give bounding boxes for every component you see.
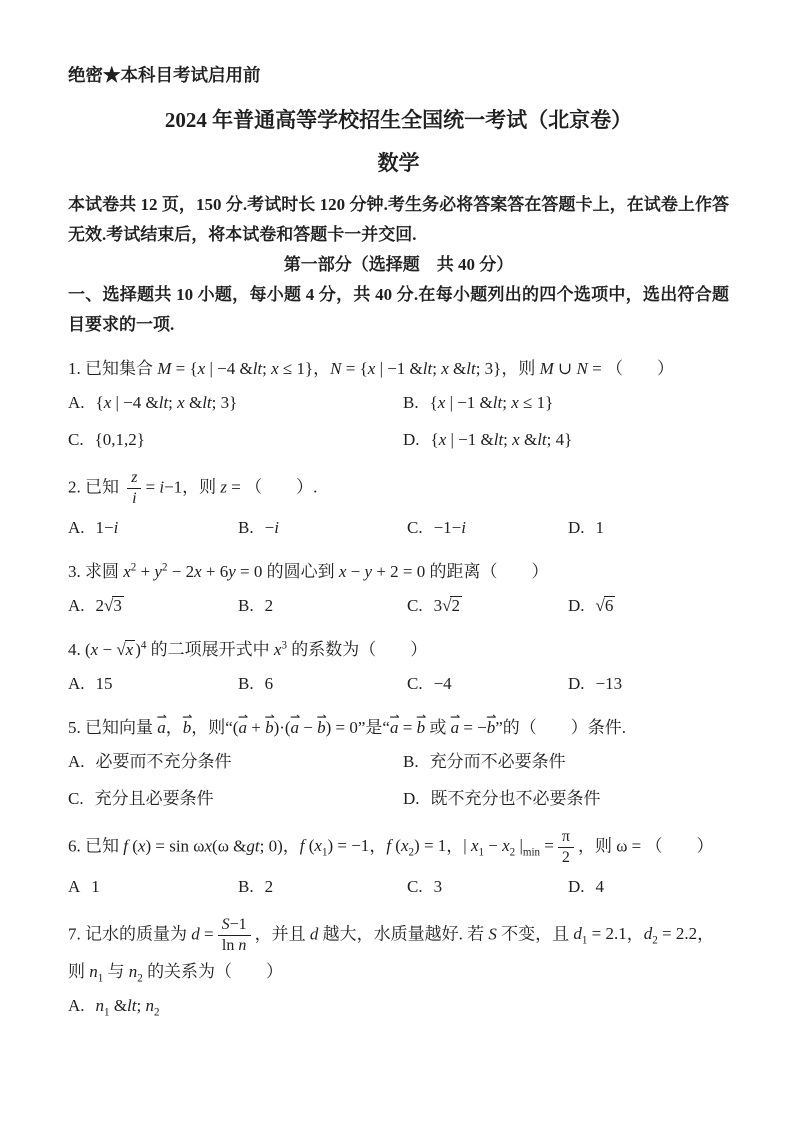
option-content: −i [265, 512, 279, 543]
option-content: 3√2 [434, 590, 462, 621]
option-label: D. [568, 668, 585, 699]
question-1-options: A.{x | −4 &lt; x &lt; 3}B.{x | −1 &lt; x… [68, 387, 729, 455]
option-content: 1 [91, 871, 100, 902]
option-C: C.−1−i [407, 512, 568, 543]
option-content: 必要而不充分条件 [96, 746, 232, 777]
question-2: 2. 已知 zi= i−1，则 z = （ ）. A.1−iB.−iC.−1−i… [68, 468, 729, 543]
option-A: A.15 [68, 668, 238, 699]
option-content: 6 [265, 668, 274, 699]
option-B: B.2 [238, 871, 407, 902]
section-heading: 第一部分（选择题 共 40 分） [68, 250, 729, 280]
option-label: A. [68, 387, 85, 418]
option-label: A. [68, 590, 85, 621]
option-B: B.充分而不必要条件 [403, 746, 729, 777]
question-4-options: A.15B.6C.−4D.−13 [68, 668, 729, 699]
question-6-options: A1B.2C.3D.4 [68, 871, 729, 902]
option-content: √6 [596, 590, 616, 621]
option-content: 2 [265, 871, 274, 902]
exam-title: 2024 年普通高等学校招生全国统一考试（北京卷） [68, 106, 729, 134]
option-C: C.3√2 [407, 590, 568, 621]
section-directions: 一、选择题共 10 小题，每小题 4 分，共 40 分.在每小题列出的四个选项中… [68, 280, 729, 340]
option-content: {x | −4 &lt; x &lt; 3} [96, 387, 238, 418]
option-label: A. [68, 512, 85, 543]
option-C: C.3 [407, 871, 568, 902]
question-3-options: A.2√3B.2C.3√2D.√6 [68, 590, 729, 621]
option-content: 充分而不必要条件 [430, 746, 566, 777]
option-content: 15 [96, 668, 113, 699]
option-label: B. [403, 746, 419, 777]
option-content: n1 &lt; n2 [96, 990, 160, 1021]
question-2-options: A.1−iB.−iC.−1−iD.1 [68, 512, 729, 543]
option-B: B.−i [238, 512, 407, 543]
option-content: {0,1,2} [95, 424, 145, 455]
option-label: C. [407, 668, 423, 699]
option-label: B. [238, 871, 254, 902]
question-4-stem: 4. (x − √x)4 的二项展开式中 x3 的系数为（ ） [68, 634, 729, 665]
option-label: D. [568, 871, 585, 902]
option-A: A.n1 &lt; n2 [68, 990, 729, 1021]
option-label: B. [403, 387, 419, 418]
option-D: D.1 [568, 512, 729, 543]
option-label: C. [407, 590, 423, 621]
option-label: B. [238, 512, 254, 543]
option-content: 既不充分也不必要条件 [431, 783, 601, 814]
option-content: −4 [434, 668, 452, 699]
option-C: C.充分且必要条件 [68, 783, 403, 814]
option-A: A.{x | −4 &lt; x &lt; 3} [68, 387, 403, 418]
security-notice: 绝密★本科目考试启用前 [68, 64, 729, 86]
option-A: A1 [68, 871, 238, 902]
option-A: A.2√3 [68, 590, 238, 621]
question-1-stem: 1. 已知集合 M = {x | −4 &lt; x ≤ 1}，N = {x |… [68, 353, 729, 384]
option-label: C. [68, 424, 84, 455]
exam-instructions: 本试卷共 12 页，150 分.考试时长 120 分钟.考生务必将答案答在答题卡… [68, 190, 729, 250]
question-3-stem: 3. 求圆 x2 + y2 − 2x + 6y = 0 的圆心到 x − y +… [68, 556, 729, 587]
option-content: −13 [596, 668, 623, 699]
option-D: D.−13 [568, 668, 729, 699]
question-5-options: A.必要而不充分条件B.充分而不必要条件C.充分且必要条件D.既不充分也不必要条… [68, 746, 729, 814]
question-3: 3. 求圆 x2 + y2 − 2x + 6y = 0 的圆心到 x − y +… [68, 556, 729, 621]
option-content: 充分且必要条件 [95, 783, 214, 814]
option-content: 1 [596, 512, 605, 543]
option-label: D. [403, 424, 420, 455]
option-C: C.{0,1,2} [68, 424, 403, 455]
option-content: 3 [434, 871, 443, 902]
question-6: 6. 已知 f (x) = sin ωx(ω &gt; 0)，f (x1) = … [68, 827, 729, 902]
option-D: D.√6 [568, 590, 729, 621]
option-A: A.必要而不充分条件 [68, 746, 403, 777]
option-label: D. [568, 590, 585, 621]
option-label: B. [238, 590, 254, 621]
option-content: −1−i [434, 512, 466, 543]
question-2-stem: 2. 已知 zi= i−1，则 z = （ ）. [68, 468, 729, 509]
option-label: C. [407, 871, 423, 902]
option-content: 1−i [96, 512, 119, 543]
option-content: 2√3 [96, 590, 124, 621]
option-D: D.4 [568, 871, 729, 902]
option-content: {x | −1 &lt; x &lt; 4} [431, 424, 573, 455]
option-label: D. [403, 783, 420, 814]
question-4: 4. (x − √x)4 的二项展开式中 x3 的系数为（ ） A.15B.6C… [68, 634, 729, 699]
option-label: C. [407, 512, 423, 543]
option-D: D.{x | −1 &lt; x &lt; 4} [403, 424, 729, 455]
question-1: 1. 已知集合 M = {x | −4 &lt; x ≤ 1}，N = {x |… [68, 353, 729, 455]
option-label: A. [68, 668, 85, 699]
question-7-stem: 7. 记水的质量为 d =S−1ln n，并且 d 越大，水质量越好. 若 S … [68, 915, 729, 987]
option-content: 2 [265, 590, 274, 621]
question-7-options: A.n1 &lt; n2 [68, 990, 729, 1021]
option-label: A. [68, 990, 85, 1021]
option-B: B.6 [238, 668, 407, 699]
option-D: D.既不充分也不必要条件 [403, 783, 729, 814]
option-C: C.−4 [407, 668, 568, 699]
question-5-stem: 5. 已知向量 a，b，则“(a + b)·(a − b) = 0”是“a = … [68, 712, 729, 743]
subject-title: 数学 [68, 150, 729, 176]
option-label: D. [568, 512, 585, 543]
option-A: A.1−i [68, 512, 238, 543]
option-label: A [68, 871, 80, 902]
option-content: 4 [596, 871, 605, 902]
question-6-stem: 6. 已知 f (x) = sin ωx(ω &gt; 0)，f (x1) = … [68, 827, 729, 868]
option-B: B.{x | −1 &lt; x ≤ 1} [403, 387, 729, 418]
option-label: B. [238, 668, 254, 699]
question-7: 7. 记水的质量为 d =S−1ln n，并且 d 越大，水质量越好. 若 S … [68, 915, 729, 1021]
question-5: 5. 已知向量 a，b，则“(a + b)·(a − b) = 0”是“a = … [68, 712, 729, 814]
exam-page: 绝密★本科目考试启用前 2024 年普通高等学校招生全国统一考试（北京卷） 数学… [0, 0, 793, 1122]
option-label: A. [68, 746, 85, 777]
option-B: B.2 [238, 590, 407, 621]
option-content: {x | −1 &lt; x ≤ 1} [430, 387, 554, 418]
option-label: C. [68, 783, 84, 814]
